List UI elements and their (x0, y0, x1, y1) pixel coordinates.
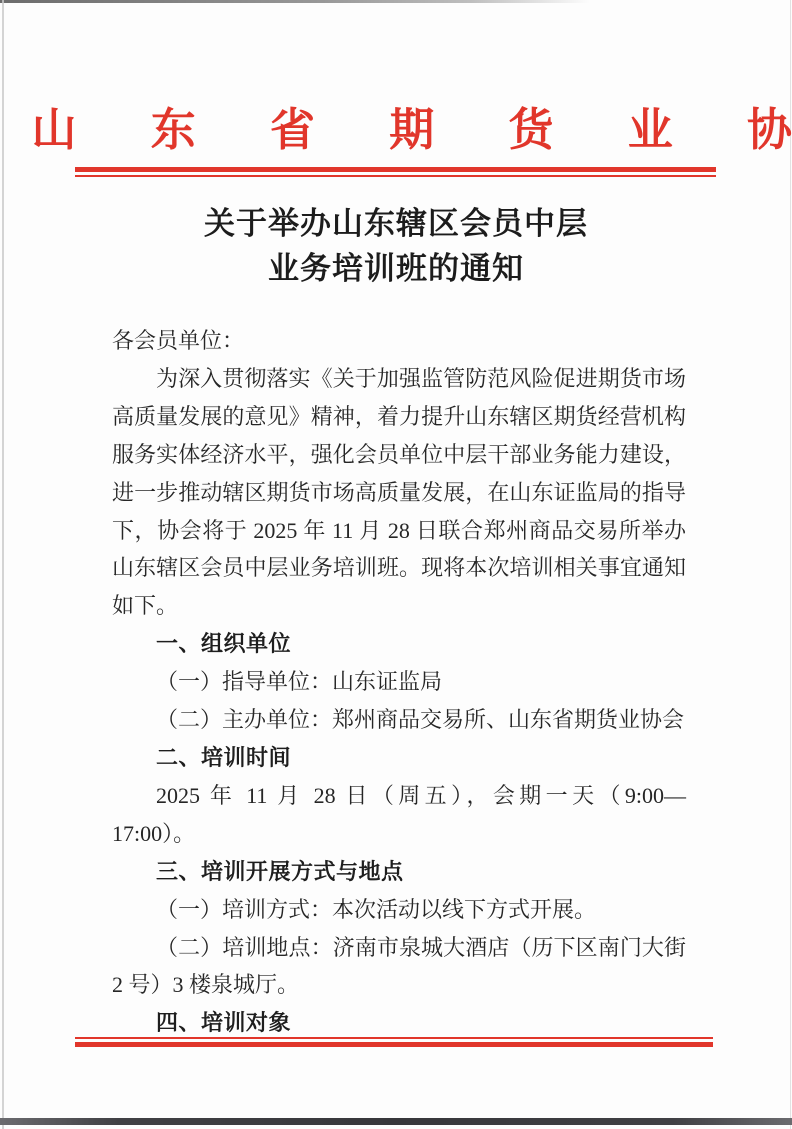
body-paragraph: 2025 年 11 月 28 日（周五），会期一天（9:00—17:00）。 (112, 777, 686, 853)
body-paragraph: （一）培训方式：本次活动以线下方式开展。 (112, 891, 686, 929)
footer-double-rule (75, 1037, 713, 1047)
document-title-line2: 业务培训班的通知 (268, 251, 524, 286)
document-body: 各会员单位： 为深入贯彻落实《关于加强监管防范风险促进期货市场高质量发展的意见》… (112, 322, 686, 1042)
body-paragraph: （一）指导单位：山东证监局 (112, 663, 686, 701)
rule-thin-line (75, 175, 716, 177)
body-paragraph: 为深入贯彻落实《关于加强监管防范风险促进期货市场高质量发展的意见》精神，着力提升… (112, 360, 686, 625)
body-paragraph: （二）培训地点：济南市泉城大酒店（历下区南门大街 2 号）3 楼泉城厅。 (112, 929, 686, 1005)
document-title-line1: 关于举办山东辖区会员中层 (204, 206, 588, 241)
scan-artifact-left-edge (2, 0, 4, 1129)
document-page: 山 东 省 期 货 业 协 会 关于举办山东辖区会员中层 业务培训班的通知 各会… (0, 0, 792, 1129)
scan-artifact-top-edge (0, 0, 590, 3)
letterhead-org-name: 山 东 省 期 货 业 协 会 (0, 100, 792, 160)
letterhead-double-rule (75, 167, 716, 177)
salutation: 各会员单位： (112, 322, 686, 360)
scan-artifact-bottom-band (0, 1118, 792, 1125)
section-heading: 三、培训开展方式与地点 (112, 853, 686, 891)
document-body-blocks: 为深入贯彻落实《关于加强监管防范风险促进期货市场高质量发展的意见》精神，着力提升… (112, 360, 686, 1042)
rule-thick-line (75, 1042, 713, 1047)
body-paragraph: （二）主办单位：郑州商品交易所、山东省期货业协会 (112, 701, 686, 739)
scan-artifact-right-edge (790, 0, 791, 1129)
section-heading: 二、培训时间 (112, 739, 686, 777)
section-heading: 一、组织单位 (112, 625, 686, 663)
document-title: 关于举办山东辖区会员中层 业务培训班的通知 (0, 201, 792, 291)
